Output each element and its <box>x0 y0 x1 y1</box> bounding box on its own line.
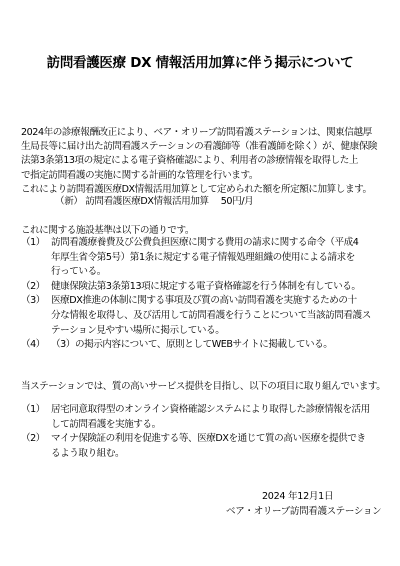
item-number: （1） <box>21 236 51 280</box>
item-text: 医療DX推進の体制に関する事項及び質の高い訪問看護を実施するための十 <box>51 294 391 309</box>
item-text: 健康保険法第3条第13項に規定する電子資格確認を行う体制を有している。 <box>51 280 391 295</box>
item-text: るよう取り組む。 <box>51 447 391 462</box>
item-number: （3） <box>21 294 51 338</box>
efforts-lead: 当ステーションでは、質の高いサービス提供を目指し、以下の項目に取り組んでいます。 <box>21 378 385 392</box>
intro-line: 2024年の診療報酬改正により、ベア・オリーブ訪問看護ステーションは、関東信越厚 <box>21 126 377 140</box>
intro-line: 法第3条第13項の規定による電子資格確認により、利用者の診療情報を取得した上 <box>21 154 377 168</box>
intro-line: で指定訪問看護の実施に関する計画的な管理を行います。 <box>21 169 377 183</box>
item-text: マイナ保険証の利用を促進する等、医療DXを通じて質の高い医療を提供でき <box>51 432 391 447</box>
organization-name: ベア・オリーブ訪問看護ステーション <box>226 503 381 517</box>
standards-lead: これに関する施設基準は以下の通りです。 <box>21 222 194 236</box>
issue-date: 2024 年12月1日 <box>262 488 333 502</box>
intro-line: 生局長等に届け出た訪問看護ステーションの看護師等（准看護師を除く）が、健康保険 <box>21 140 377 154</box>
item-text: 訪問看護療養費及び公費負担医療に関する費用の請求に関する命令（平成4 <box>51 236 391 251</box>
fee-line: （新） 訪問看護医療DX情報活用加算50円/月 <box>55 193 253 207</box>
item-text: 分な情報を取得し、及び活用して訪問看護を行うことについて当該訪問看護ス <box>51 309 391 324</box>
item-text: 行っている。 <box>51 265 391 280</box>
fee-amount: 50円/月 <box>221 196 254 207</box>
standards-item: （4） （3）の掲示内容について、原則としてWEBサイトに掲載している。 <box>21 338 391 353</box>
item-text: 居宅同意取得型のオンライン資格確認システムにより取得した診療情報を活用 <box>51 403 391 418</box>
standards-list: （1） 訪問看護療養費及び公費負担医療に関する費用の請求に関する命令（平成4 年… <box>21 236 391 353</box>
fee-label: （新） 訪問看護医療DX情報活用加算 <box>55 196 209 207</box>
efforts-item: （1） 居宅同意取得型のオンライン資格確認システムにより取得した診療情報を活用 … <box>21 403 391 432</box>
standards-item: （2） 健康保険法第3条第13項に規定する電子資格確認を行う体制を有している。 <box>21 280 391 295</box>
page-title: 訪問看護医療 DX 情報活用加算に伴う掲示について <box>0 51 400 71</box>
item-number: （1） <box>21 403 51 432</box>
standards-item: （3） 医療DX推進の体制に関する事項及び質の高い訪問看護を実施するための十 分… <box>21 294 391 338</box>
item-number: （4） <box>21 338 51 353</box>
item-text: テーション見やすい場所に掲示している。 <box>51 324 391 339</box>
item-number: （2） <box>21 280 51 295</box>
intro-paragraph: 2024年の診療報酬改正により、ベア・オリーブ訪問看護ステーションは、関東信越厚… <box>21 126 377 197</box>
item-text: （3）の掲示内容について、原則としてWEBサイトに掲載している。 <box>51 338 391 353</box>
item-number: （2） <box>21 432 51 461</box>
standards-item: （1） 訪問看護療養費及び公費負担医療に関する費用の請求に関する命令（平成4 年… <box>21 236 391 280</box>
item-text: して訪問看護を実施する。 <box>51 418 391 433</box>
efforts-list: （1） 居宅同意取得型のオンライン資格確認システムにより取得した診療情報を活用 … <box>21 403 391 461</box>
efforts-item: （2） マイナ保険証の利用を促進する等、医療DXを通じて質の高い医療を提供でき … <box>21 432 391 461</box>
item-text: 年厚生省令第5号）第1条に規定する電子情報処理組織の使用による請求を <box>51 251 391 266</box>
